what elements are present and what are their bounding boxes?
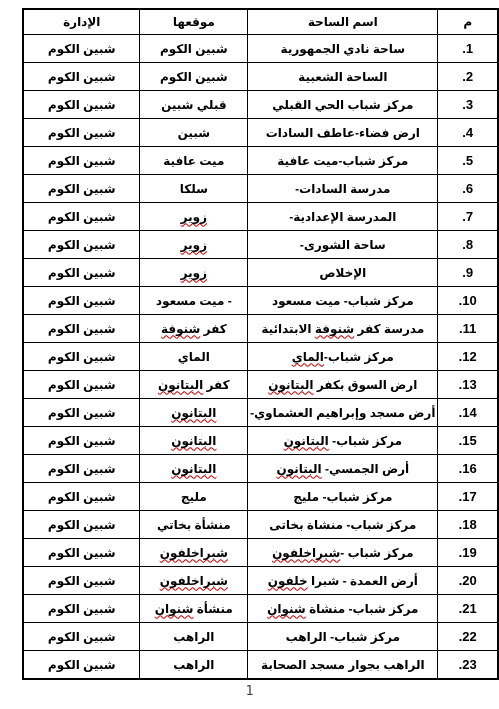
misspelled-word: زوير xyxy=(181,210,207,224)
table-row: 17.مركز شباب- مليجمليجشبين الكوم xyxy=(23,483,498,511)
text-segment: الساحة الشعبية xyxy=(298,70,387,84)
text-segment: مركز شباب الحي القبلي xyxy=(272,98,413,112)
cell-num: 10. xyxy=(438,287,498,315)
cell-num: 7. xyxy=(438,203,498,231)
table-row: 9.الإخلاصزويرشبين الكوم xyxy=(23,259,498,287)
table-body: 1.ساحة نادي الجمهوريةشبين الكومشبين الكو… xyxy=(23,35,498,680)
table-row: 16.أرض الجمسي- البتانونالبتانونشبين الكو… xyxy=(23,455,498,483)
text-segment: ارض السوق بكفر xyxy=(313,378,417,392)
cell-location: قبلي شبين xyxy=(140,91,248,119)
cell-square-name: الساحة الشعبية xyxy=(248,63,438,91)
cell-admin: شبين الكوم xyxy=(23,175,140,203)
cell-admin: شبين الكوم xyxy=(23,35,140,63)
page-number: 1 xyxy=(0,684,499,699)
cell-location: الماي xyxy=(140,343,248,371)
table-row: 2.الساحة الشعبيةشبين الكومشبين الكوم xyxy=(23,63,498,91)
table-row: 13.ارض السوق بكفر البتانونكفر البتانونشب… xyxy=(23,371,498,399)
misspelled-word: البتانون xyxy=(171,406,216,420)
cell-num: 13. xyxy=(438,371,498,399)
text-segment: مدرسة السادات- xyxy=(295,182,390,196)
misspelled-word: شبراخلفون xyxy=(272,546,340,560)
cell-square-name: المدرسة الإعدادية- xyxy=(248,203,438,231)
misspelled-word: الماي xyxy=(292,350,324,364)
cell-num: 2. xyxy=(438,63,498,91)
text-segment: مركز شباب- الراهب xyxy=(286,630,401,644)
misspelled-word: البتانون xyxy=(171,434,216,448)
text-segment: مركز شباب- xyxy=(329,434,402,448)
text-segment: شبين xyxy=(178,126,210,140)
misspelled-word: زوير xyxy=(181,238,207,252)
text-segment: ارض فضاء-عاطف السادات xyxy=(266,126,420,140)
cell-square-name: مركز شباب- ميت مسعود xyxy=(248,287,438,315)
cell-square-name: ارض فضاء-عاطف السادات xyxy=(248,119,438,147)
misspelled-word: البتانون xyxy=(284,434,329,448)
header-admin: الإدارة xyxy=(23,9,140,35)
text-segment: الابتدائية xyxy=(261,322,315,336)
table-row: 20.أرض العمدة - شبرا خلفونشبراخلفونشبين … xyxy=(23,567,498,595)
cell-location: زوير xyxy=(140,203,248,231)
misspelled-word: البتانون xyxy=(276,462,321,476)
cell-num: 20. xyxy=(438,567,498,595)
cell-square-name: الراهب بجوار مسجد الصحابة xyxy=(248,651,438,680)
text-segment: أرض مسجد وإبراهيم العشماوي- xyxy=(250,406,435,420)
misspelled-word: زوير xyxy=(181,266,207,280)
cell-admin: شبين الكوم xyxy=(23,287,140,315)
cell-num: 22. xyxy=(438,623,498,651)
cell-num: 17. xyxy=(438,483,498,511)
cell-square-name: مركز شباب- الراهب xyxy=(248,623,438,651)
cell-num: 6. xyxy=(438,175,498,203)
cell-square-name: مركز شباب -شبراخلفون xyxy=(248,539,438,567)
table-row: 11.مدرسة كفر شنوفة الابتدائيةكفر شنوفةشب… xyxy=(23,315,498,343)
cell-num: 16. xyxy=(438,455,498,483)
cell-admin: شبين الكوم xyxy=(23,63,140,91)
cell-admin: شبين الكوم xyxy=(23,371,140,399)
text-segment: قبلي شبين xyxy=(161,98,227,112)
cell-location: شبراخلفون xyxy=(140,539,248,567)
misspelled-word: البتانون xyxy=(171,462,216,476)
cell-square-name: أرض الجمسي- البتانون xyxy=(248,455,438,483)
misspelled-word: خلفون xyxy=(268,574,308,588)
cell-admin: شبين الكوم xyxy=(23,567,140,595)
table-row: 1.ساحة نادي الجمهوريةشبين الكومشبين الكو… xyxy=(23,35,498,63)
misspelled-word: شبراخلفون xyxy=(160,574,228,588)
table-row: 23.الراهب بجوار مسجد الصحابةالراهبشبين ا… xyxy=(23,651,498,680)
table-row: 3.مركز شباب الحي القبليقبلي شبينشبين الك… xyxy=(23,91,498,119)
cell-location: كفر شنوفة xyxy=(140,315,248,343)
cell-location: سلكا xyxy=(140,175,248,203)
cell-square-name: ساحة نادي الجمهورية xyxy=(248,35,438,63)
text-segment: مركز شباب-ميت عافية xyxy=(277,154,408,168)
text-segment: سلكا xyxy=(180,182,208,196)
text-segment: ساحة الشورى- xyxy=(300,238,386,252)
text-segment: مركز شباب- مليج xyxy=(293,490,392,504)
cell-num: 23. xyxy=(438,651,498,680)
cell-num: 18. xyxy=(438,511,498,539)
cell-square-name: أرض مسجد وإبراهيم العشماوي- xyxy=(248,399,438,427)
cell-square-name: مركز شباب- مليج xyxy=(248,483,438,511)
cell-admin: شبين الكوم xyxy=(23,651,140,680)
text-segment: مركز شباب- منشاة xyxy=(306,602,419,616)
text-segment: مركز شباب- xyxy=(324,350,394,364)
cell-location: مليج xyxy=(140,483,248,511)
text-segment: ميت عافية xyxy=(163,154,224,168)
text-segment: الماي xyxy=(178,350,210,364)
cell-num: 15. xyxy=(438,427,498,455)
misspelled-word: البتانون xyxy=(268,378,313,392)
cell-admin: شبين الكوم xyxy=(23,315,140,343)
table-row: 10.مركز شباب- ميت مسعود- ميت مسعودشبين ا… xyxy=(23,287,498,315)
cell-num: 12. xyxy=(438,343,498,371)
table-row: 12.مركز شباب-المايالمايشبين الكوم xyxy=(23,343,498,371)
cell-admin: شبين الكوم xyxy=(23,91,140,119)
text-segment: ساحة نادي الجمهورية xyxy=(281,42,406,56)
misspelled-word: شنوان xyxy=(267,602,306,616)
cell-num: 8. xyxy=(438,231,498,259)
text-segment: منشأة بخاتي xyxy=(157,518,231,532)
misspelled-word: شنوفة xyxy=(161,322,200,336)
cell-admin: شبين الكوم xyxy=(23,623,140,651)
table-row: 14.أرض مسجد وإبراهيم العشماوي-البتانونشب… xyxy=(23,399,498,427)
cell-admin: شبين الكوم xyxy=(23,539,140,567)
cell-square-name: مدرسة السادات- xyxy=(248,175,438,203)
table-row: 22.مركز شباب- الراهبالراهبشبين الكوم xyxy=(23,623,498,651)
cell-location: ميت عافية xyxy=(140,147,248,175)
table-row: 18.مركز شباب- منشاة بخاتىمنشأة بخاتيشبين… xyxy=(23,511,498,539)
text-segment: الراهب xyxy=(173,630,214,644)
text-segment: مدرسة كفر xyxy=(354,322,424,336)
cell-admin: شبين الكوم xyxy=(23,259,140,287)
header-num: م xyxy=(438,9,498,35)
text-segment: كفر xyxy=(203,378,229,392)
table-row: 19.مركز شباب -شبراخلفونشبراخلفونشبين الك… xyxy=(23,539,498,567)
cell-admin: شبين الكوم xyxy=(23,399,140,427)
table-row: 4.ارض فضاء-عاطف الساداتشبينشبين الكوم xyxy=(23,119,498,147)
cell-square-name: مركز شباب-الماي xyxy=(248,343,438,371)
cell-num: 11. xyxy=(438,315,498,343)
cell-square-name: ارض السوق بكفر البتانون xyxy=(248,371,438,399)
text-segment: الراهب xyxy=(173,658,214,672)
cell-location: كفر البتانون xyxy=(140,371,248,399)
text-segment: الراهب بجوار مسجد الصحابة xyxy=(261,658,425,672)
table-row: 15.مركز شباب- البتانونالبتانونشبين الكوم xyxy=(23,427,498,455)
cell-num: 9. xyxy=(438,259,498,287)
cell-square-name: مركز شباب الحي القبلي xyxy=(248,91,438,119)
cell-num: 3. xyxy=(438,91,498,119)
cell-location: الراهب xyxy=(140,623,248,651)
text-segment: كفر xyxy=(200,322,226,336)
cell-location: منشأة شنوان xyxy=(140,595,248,623)
cell-location: البتانون xyxy=(140,399,248,427)
cell-num: 14. xyxy=(438,399,498,427)
misspelled-word: شنوفة xyxy=(315,322,354,336)
cell-square-name: الإخلاص xyxy=(248,259,438,287)
cell-square-name: مركز شباب- البتانون xyxy=(248,427,438,455)
cell-location: منشأة بخاتي xyxy=(140,511,248,539)
cell-square-name: أرض العمدة - شبرا خلفون xyxy=(248,567,438,595)
text-segment: - ميت مسعود xyxy=(156,294,232,308)
header-square-name: اسم الساحة xyxy=(248,9,438,35)
cell-num: 5. xyxy=(438,147,498,175)
cell-location: زوير xyxy=(140,231,248,259)
cell-square-name: مركز شباب-ميت عافية xyxy=(248,147,438,175)
text-segment: مركز شباب- ميت مسعود xyxy=(272,294,414,308)
cell-location: شبراخلفون xyxy=(140,567,248,595)
table-row: 7.المدرسة الإعدادية-زويرشبين الكوم xyxy=(23,203,498,231)
cell-num: 21. xyxy=(438,595,498,623)
table-header: م اسم الساحة موقعها الإدارة xyxy=(23,9,498,35)
cell-square-name: مدرسة كفر شنوفة الابتدائية xyxy=(248,315,438,343)
cell-admin: شبين الكوم xyxy=(23,231,140,259)
cell-num: 1. xyxy=(438,35,498,63)
cell-location: البتانون xyxy=(140,427,248,455)
misspelled-word: البتانون xyxy=(158,378,203,392)
table-row: 6.مدرسة السادات-سلكاشبين الكوم xyxy=(23,175,498,203)
text-segment: شبين الكوم xyxy=(160,42,228,56)
cell-admin: شبين الكوم xyxy=(23,427,140,455)
cell-location: البتانون xyxy=(140,455,248,483)
table-row: 8.ساحة الشورى-زويرشبين الكوم xyxy=(23,231,498,259)
text-segment: أرض الجمسي- xyxy=(322,462,410,476)
cell-location: زوير xyxy=(140,259,248,287)
cell-admin: شبين الكوم xyxy=(23,483,140,511)
header-row: م اسم الساحة موقعها الإدارة xyxy=(23,9,498,35)
text-segment: مليج xyxy=(181,490,207,504)
cell-admin: شبين الكوم xyxy=(23,119,140,147)
misspelled-word: شنوان xyxy=(155,602,194,616)
cell-location: الراهب xyxy=(140,651,248,680)
text-segment: مركز شباب- منشاة بخاتى xyxy=(269,518,416,532)
cell-admin: شبين الكوم xyxy=(23,455,140,483)
cell-admin: شبين الكوم xyxy=(23,595,140,623)
cell-admin: شبين الكوم xyxy=(23,147,140,175)
cell-location: شبين xyxy=(140,119,248,147)
cell-num: 4. xyxy=(438,119,498,147)
document-page: م اسم الساحة موقعها الإدارة 1.ساحة نادي … xyxy=(0,0,499,709)
header-location: موقعها xyxy=(140,9,248,35)
cell-admin: شبين الكوم xyxy=(23,511,140,539)
misspelled-word: شبراخلفون xyxy=(160,546,228,560)
cell-admin: شبين الكوم xyxy=(23,203,140,231)
cell-location: - ميت مسعود xyxy=(140,287,248,315)
cell-location: شبين الكوم xyxy=(140,63,248,91)
cell-square-name: ساحة الشورى- xyxy=(248,231,438,259)
table-row: 5.مركز شباب-ميت عافيةميت عافيةشبين الكوم xyxy=(23,147,498,175)
text-segment: أرض العمدة - شبرا xyxy=(308,574,418,588)
text-segment: المدرسة الإعدادية- xyxy=(289,210,396,224)
cell-location: شبين الكوم xyxy=(140,35,248,63)
cell-admin: شبين الكوم xyxy=(23,343,140,371)
text-segment: منشأة xyxy=(193,602,232,616)
table-row: 21.مركز شباب- منشاة شنوانمنشأة شنوانشبين… xyxy=(23,595,498,623)
cell-num: 19. xyxy=(438,539,498,567)
text-segment: شبين الكوم xyxy=(160,70,228,84)
cell-square-name: مركز شباب- منشاة شنوان xyxy=(248,595,438,623)
cell-square-name: مركز شباب- منشاة بخاتى xyxy=(248,511,438,539)
text-segment: مركز شباب - xyxy=(340,546,413,560)
text-segment: الإخلاص xyxy=(319,266,366,280)
squares-table: م اسم الساحة موقعها الإدارة 1.ساحة نادي … xyxy=(22,8,499,680)
